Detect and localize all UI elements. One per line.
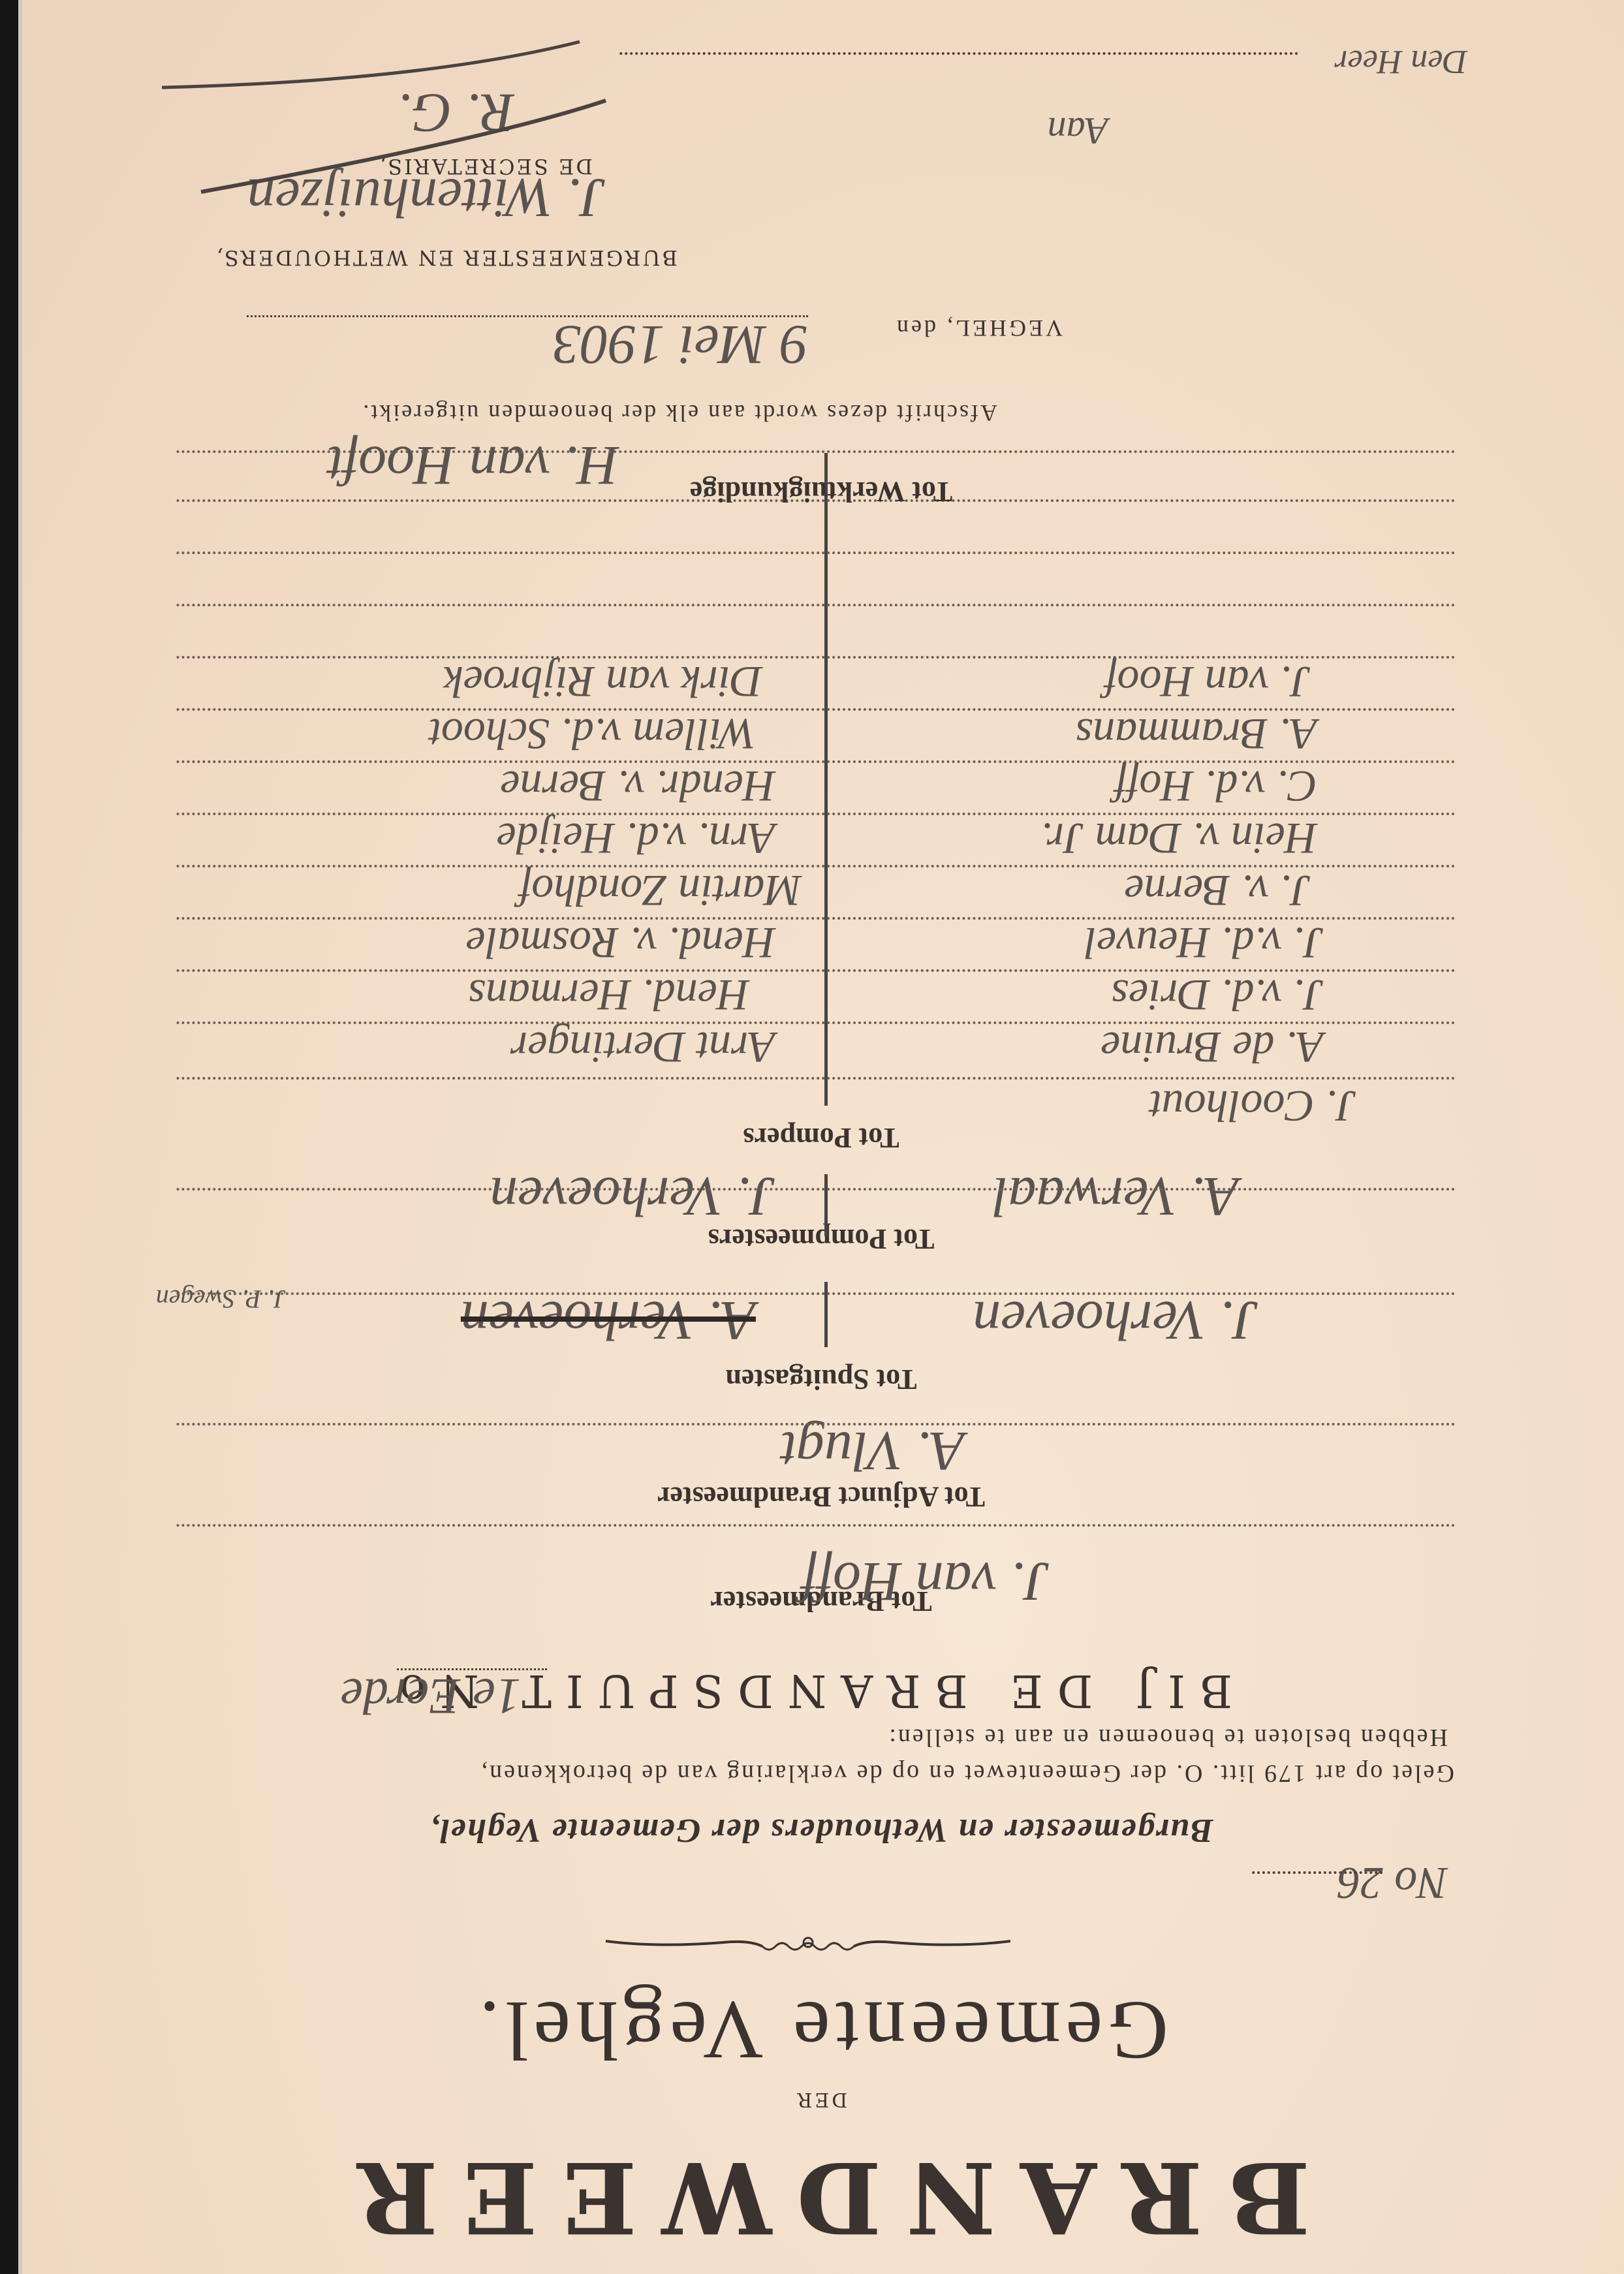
date-value: 9 Mei 1903 (552, 313, 808, 378)
dotted-rule (175, 1524, 1454, 1527)
column-divider (824, 1282, 828, 1347)
brandspuit-dotted-line (397, 1668, 547, 1670)
number-dotted-line (1252, 1871, 1382, 1874)
pomper-left-7: C. v.d. Hoff (1115, 760, 1317, 812)
legal-basis: Gelet op art 179 litt. O. der Gemeentewe… (480, 1759, 1454, 1788)
spuitgast-left-name: J. Verhoeven (973, 1288, 1258, 1354)
addressee-dotted-line (619, 52, 1298, 55)
pomper-left-3: J. v.d. Dries (1112, 969, 1324, 1021)
place-label: VEGHEL, den (894, 315, 1063, 342)
pomper-right-6: Hendr. v. Berne (500, 760, 775, 812)
pomper-left-6: Hein v. Dam Jr. (1040, 813, 1317, 864)
column-divider (824, 1174, 828, 1236)
pompmeester-right-name: J. Verhoeven (490, 1164, 775, 1230)
section-title-pompmeesters: Tot Pompmeesters (18, 1223, 1624, 1256)
date-dotted-line (247, 315, 808, 317)
pomper-left-5: J. v. Berne (1124, 865, 1311, 916)
scan-border (0, 0, 18, 2274)
dotted-rule (175, 552, 1454, 554)
number-value: 26 (1337, 1858, 1383, 1908)
document-number: No 26 (1337, 1856, 1448, 1908)
pomper-right-3: Hend. v. Rosmale (465, 917, 775, 969)
pomper-right-1: Arnt Dertinger (510, 1021, 775, 1073)
spuitgast-margin-note: J. P. Swegen (156, 1284, 286, 1315)
section-title-adjunct-brandmeester: Tot Adjunct Brandmeester (18, 1480, 1624, 1514)
section-title-pompers: Tot Pompers (18, 1121, 1624, 1155)
pomper-left-1: J. Coolhout (1149, 1080, 1356, 1132)
column-divider (824, 453, 828, 1106)
pomper-right-7: Willem v.d. Schoot (429, 708, 756, 760)
pomper-right-8: Dirk van Rijbroek (444, 656, 762, 708)
document-title: BRANDWEER (18, 2140, 1624, 2254)
dotted-rule (175, 1423, 1454, 1425)
section-title-werktuigkundige: Tot Werktuigkundige (18, 475, 1624, 508)
pomper-right-5: Arn. v.d. Heijde (497, 813, 775, 864)
spuitgast-right-name-struck: A. Verhoeven (461, 1288, 756, 1354)
dotted-rule (175, 450, 1454, 453)
brandspuit-value: 1e Eerde (341, 1667, 521, 1726)
pomper-right-4: Martin Zondhof (519, 865, 802, 916)
pomper-left-2: A. de Bruine (1101, 1021, 1324, 1073)
pomper-left-4: J. v.d. Heuvel (1084, 917, 1324, 969)
dotted-rule (175, 1292, 1454, 1295)
pompmeester-left-name: A. Verwaal (993, 1164, 1239, 1230)
number-label: No (1394, 1858, 1448, 1908)
brandmeester-name: J. van Hoff (802, 1550, 1050, 1615)
municipality-title: Gemeente Veghel. (18, 1982, 1624, 2078)
authority-label: BURGEMEESTER EN WETHOUDERS, (215, 245, 678, 270)
resolution: Hebben besloten te benoemen en aan te st… (887, 1723, 1448, 1752)
pomper-left-8: A. Brammans (1076, 708, 1317, 760)
signature-flourish-icon (162, 35, 619, 231)
dotted-rule (175, 1077, 1454, 1080)
scanned-document-rotated: BRANDWEER DER Gemeente Veghel. No 26 Bur… (0, 0, 1624, 2274)
title-der: DER (18, 2088, 1624, 2111)
werktuigkundige-name: H. van Hooft (327, 433, 619, 499)
pomper-left-9: J. van Hoof (1105, 656, 1311, 708)
section-title-spuitgasten: Tot Spuitgasten (18, 1363, 1624, 1396)
copy-notice: Afschrift dezes wordt aan elk der benoem… (361, 399, 997, 427)
addressee-label: Den Heer (1334, 42, 1467, 81)
preamble: Burgemeester en Wethouders der Gemeente … (18, 1811, 1624, 1850)
pomper-right-2: Hend. Hermans (468, 969, 749, 1021)
dotted-rule (175, 1188, 1454, 1191)
ornament-divider-icon (606, 1929, 1010, 1955)
addressee-prefix: Aan (1048, 109, 1108, 153)
dotted-rule (175, 604, 1454, 606)
adjunct-brandmeester-name: A. Vlugt (781, 1419, 965, 1484)
